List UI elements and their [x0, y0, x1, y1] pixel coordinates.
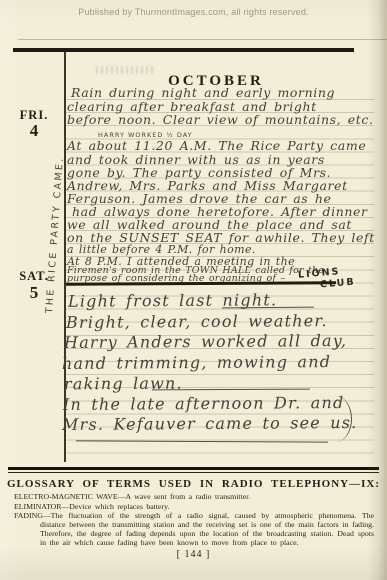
day-number-friday: 4 — [12, 121, 56, 141]
glossary-title: GLOSSARY OF TERMS USED IN RADIO TELEPHON… — [0, 478, 387, 490]
bottom-thin-rule — [8, 472, 379, 473]
page-number: [ 144 ] — [0, 549, 387, 560]
day-label-saturday: SAT. — [12, 269, 56, 284]
diary-page-scan: Published by ThurmontImages.com, all rig… — [0, 0, 387, 580]
glossary-entry: ELIMINATOR—Device which replaces battery… — [14, 502, 374, 511]
glossary-entry: ELECTRO-MAGNETIC WAVE—A wave sent from a… — [14, 492, 374, 501]
glossary-entry: FADING—The fluctuation of the strength o… — [14, 511, 374, 547]
diary-line: hand trimming, mowing and — [62, 352, 331, 373]
diary-line: Bright, clear, cool weather. — [66, 311, 328, 332]
diary-line: In the late afternoon Dr. and — [63, 393, 345, 414]
bottom-heavy-rule — [8, 467, 379, 470]
publisher-watermark: Published by ThurmontImages.com, all rig… — [0, 7, 387, 17]
diary-line: Mrs. Kefauver came to see us. — [62, 413, 358, 434]
glossary-body: ELECTRO-MAGNETIC WAVE—A wave sent from a… — [14, 492, 374, 548]
top-thin-rule — [18, 39, 387, 40]
day-number-saturday: 5 — [12, 283, 56, 303]
diary-line: before noon. Clear view of mountains, et… — [67, 112, 374, 127]
diary-line: Harry Anders worked all day, — [64, 331, 347, 352]
